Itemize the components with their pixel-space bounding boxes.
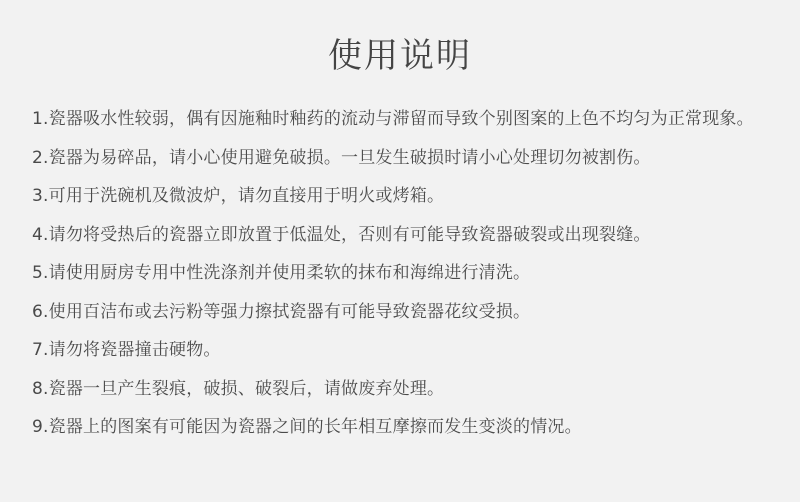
instruction-item-7: 7.请勿将瓷器撞击硬物。: [32, 331, 754, 370]
instruction-item-8: 8.瓷器一旦产生裂痕，破损、破裂后，请做废弃处理。: [32, 370, 754, 409]
instructions-list: 1.瓷器吸水性较弱，偶有因施釉时釉药的流动与滞留而导致个别图案的上色不均匀为正常…: [32, 100, 754, 447]
instruction-item-2: 2.瓷器为易碎品，请小心使用避免破损。一旦发生破损时请小心处理切勿被割伤。: [32, 139, 754, 178]
page-title: 使用说明: [0, 34, 800, 78]
instruction-item-5: 5.请使用厨房专用中性洗涤剂并使用柔软的抹布和海绵进行清洗。: [32, 254, 754, 293]
instruction-item-4: 4.请勿将受热后的瓷器立即放置于低温处，否则有可能导致瓷器破裂或出现裂缝。: [32, 216, 754, 255]
instruction-item-6: 6.使用百洁布或去污粉等强力擦拭瓷器有可能导致瓷器花纹受损。: [32, 293, 754, 332]
instruction-item-9: 9.瓷器上的图案有可能因为瓷器之间的长年相互摩擦而发生变淡的情况。: [32, 408, 754, 447]
instruction-item-1: 1.瓷器吸水性较弱，偶有因施釉时釉药的流动与滞留而导致个别图案的上色不均匀为正常…: [32, 100, 754, 139]
usage-instructions-page: 使用说明 1.瓷器吸水性较弱，偶有因施釉时釉药的流动与滞留而导致个别图案的上色不…: [0, 0, 800, 502]
instruction-item-3: 3.可用于洗碗机及微波炉，请勿直接用于明火或烤箱。: [32, 177, 754, 216]
